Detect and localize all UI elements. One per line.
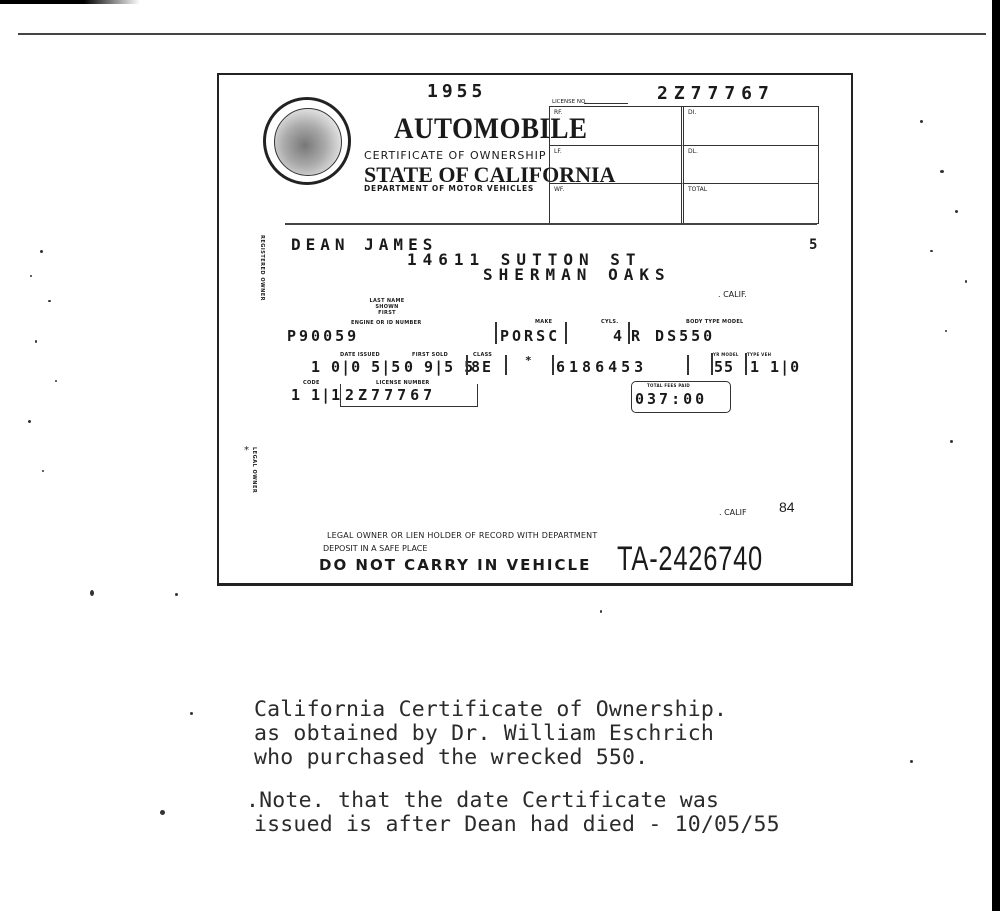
deposit-notice: DEPOSIT IN A SAFE PLACE — [323, 544, 427, 553]
state-seal-icon — [263, 97, 351, 185]
type-vehicle: 1 1|0 — [750, 358, 800, 376]
license-number-top: 2Z77767 — [657, 83, 775, 104]
carry-notice: DO NOT CARRY IN VEHICLE — [319, 556, 591, 574]
year-model-label: YR MODEL — [713, 352, 739, 357]
address-line-2: SHERMAN OAKS — [483, 265, 671, 284]
body-type-value: R DS550 — [631, 327, 715, 345]
field-divider — [687, 355, 689, 375]
fee-grid: RF. DI. LF. DL. WF. TOTAL — [549, 106, 819, 224]
fee-cell-di: DI. — [684, 107, 818, 146]
cylinders-value: 4 — [613, 327, 625, 345]
field-divider — [552, 355, 554, 375]
engine-number-label: ENGINE OR ID NUMBER — [351, 320, 422, 326]
body-type-label: BODY TYPE MODEL — [686, 319, 744, 325]
license-number: 2Z77767 — [345, 386, 436, 404]
cylinders-label: CYLS. — [601, 319, 618, 325]
legal-owner-label: LEGAL OWNER — [251, 447, 257, 493]
make-label: MAKE — [535, 319, 552, 325]
class-value: 8E — [471, 358, 493, 376]
header-divider — [285, 223, 817, 225]
engine-number: P90059 — [287, 327, 359, 345]
scan-edge-shadow — [0, 0, 140, 4]
caption-line-4: .Note. that the date Certificate was — [246, 788, 719, 813]
year-model: 55 — [714, 358, 734, 376]
certificate-year: 1955 — [427, 81, 486, 102]
certificate-of-ownership: 1955 AUTOMOBILE CERTIFICATE OF OWNERSHIP… — [217, 73, 853, 586]
caption-line-1: California Certificate of Ownership. — [254, 697, 727, 722]
scan-edge-strip — [992, 0, 1000, 911]
fee-cell-rf: RF. — [550, 107, 684, 146]
certificate-serial: TA-2426740 — [617, 540, 763, 579]
field-divider — [466, 355, 468, 375]
department-name: DEPARTMENT OF MOTOR VEHICLES — [364, 184, 534, 193]
asterisk-icon: * — [244, 445, 249, 456]
field-divider — [565, 322, 567, 344]
last-name-label: LAST NAME SHOWN FIRST — [367, 298, 407, 316]
asterisk-mark: * — [525, 354, 535, 367]
arrow-right-icon — [584, 103, 628, 104]
legal-notice: LEGAL OWNER OR LIEN HOLDER OF RECORD WIT… — [327, 531, 597, 540]
field-divider — [505, 355, 507, 375]
certificate-subtitle: CERTIFICATE OF OWNERSHIP — [364, 149, 547, 162]
page-rule — [18, 33, 986, 35]
caption-line-3: who purchased the wrecked 550. — [254, 745, 648, 770]
field-divider — [495, 322, 497, 344]
total-fees-label: TOTAL FEES PAID — [647, 383, 690, 388]
fee-cell-dl: DL. — [684, 146, 818, 185]
legal-owner-number: 84 — [779, 499, 795, 515]
legal-owner-state: . CALIF — [719, 508, 747, 517]
right-mark: 5 — [809, 237, 817, 253]
date-issued: 1 0|0 5|5 — [311, 358, 401, 376]
caption-line-5: issued is after Dean had died - 10/05/55 — [254, 812, 780, 837]
field-divider — [628, 322, 630, 344]
caption-line-2: as obtained by Dr. William Eschrich — [254, 721, 714, 746]
fee-cell-total: TOTAL — [684, 184, 818, 223]
fee-cell-lf: LF. — [550, 146, 684, 185]
registered-owner-label: REGISTERED OWNER — [259, 235, 265, 301]
address-state: . CALIF. — [718, 290, 747, 299]
make-value: PORSC — [500, 327, 560, 345]
code-value: 1 1|1 — [291, 386, 341, 404]
total-fees: 037:00 — [635, 390, 707, 408]
license-no-label: LICENSE NO. — [552, 99, 587, 105]
vehicle-serial: 6186453 — [556, 358, 647, 376]
type-vehicle-label: TYPE VEH — [747, 352, 771, 357]
first-sold: 0 9|5 5 — [404, 358, 474, 376]
fee-cell-wf: WF. — [550, 184, 684, 223]
